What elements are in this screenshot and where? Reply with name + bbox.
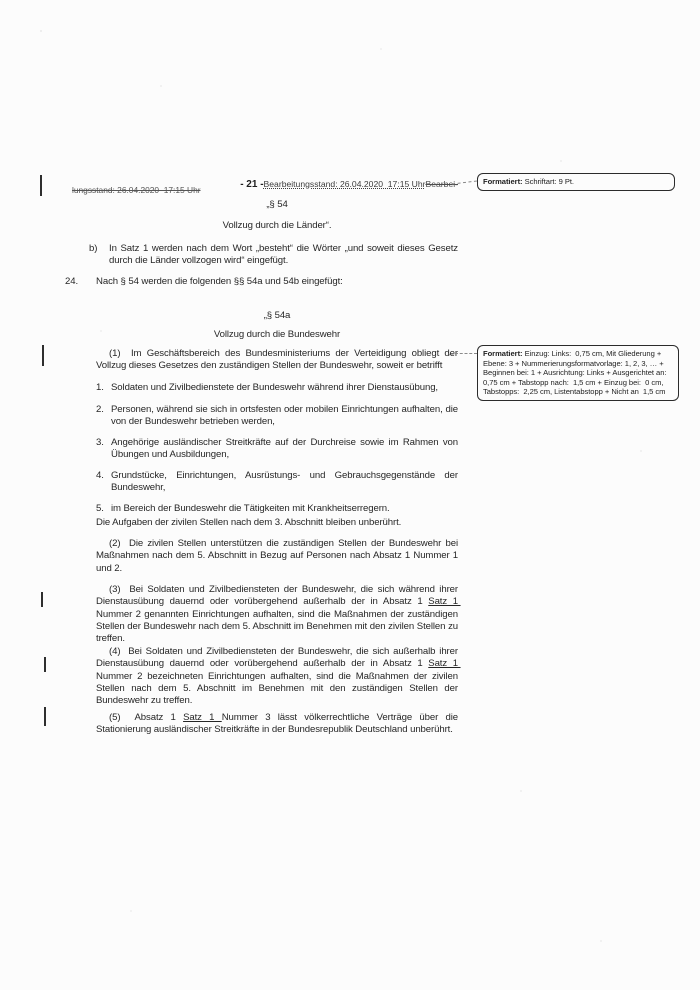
paragraph-5-text: (5) Absatz 1 [109,712,183,723]
inserted-text: Satz 1 [183,712,222,723]
comment-label: Formatiert: [483,177,523,186]
list-item: 4. Grundstücke, Einrichtungen, Ausrüstun… [96,470,458,495]
section-54-subheading: Vollzug durch die Länder“. [96,220,458,232]
paragraph-4-text: Nummer 2 bezeichneten Einrichtungen aufh… [96,671,461,707]
change-bar [41,592,43,607]
list-item-b: b) In Satz 1 werden nach dem Wort „beste… [89,243,458,268]
review-comment-numbering: Formatiert: Einzug: Links: 0,75 cm, Mit … [477,345,679,401]
change-bar [42,345,44,366]
section-54a-subheading: Vollzug durch die Bundeswehr [96,329,458,341]
after-list-sentence: Die Aufgaben der zivilen Stellen nach de… [96,517,458,529]
list-item: 1. Soldaten und Zivilbedienstete der Bun… [96,382,458,394]
comment-label: Formatiert: [483,349,523,358]
paragraph-3-text: Nummer 2 genannten Einrichtungen aufhalt… [96,609,461,645]
list-item: 2. Personen, während sie sich in ortsfes… [96,404,458,429]
header-inserted-status: Bearbeitungsstand: 26.04.2020 17:15 Uhr [264,179,426,189]
list-marker: 1. [96,382,104,394]
paragraph-2: (2) Die zivilen Stellen unterstützen die… [96,538,458,575]
paragraph-3-text: (3) Bei Soldaten und Zivilbediensteten d… [96,584,461,607]
comment-anchor-arrow-icon: ← [446,349,455,358]
paragraph-1: (1) Im Geschäftsbereich des Bundesminist… [96,348,458,373]
list-text: Personen, während sie sich in ortsfesten… [96,404,458,429]
scan-noise [40,30,42,32]
inserted-text: Satz 1 [428,658,460,669]
review-comment-font: Formatiert: Schriftart: 9 Pt. [477,173,675,191]
list-marker: 3. [96,437,104,449]
change-bar [44,657,46,672]
list-item-24-text: Nach § 54 werden die folgenden §§ 54a un… [65,276,458,288]
paragraph-4: (4) Bei Soldaten und Zivilbediensteten d… [96,646,458,707]
list-item: 3. Angehörige ausländischer Streitkräfte… [96,437,458,462]
section-54-heading: „§ 54 [96,199,458,211]
inserted-text: Satz 1 [428,596,460,607]
page-number: - 21 - [240,179,263,190]
list-text: im Bereich der Bundeswehr die Tätigkeite… [96,503,458,515]
list-item-24-marker: 24. [65,276,78,288]
paragraph-5: (5) Absatz 1 Satz 1 Nummer 3 lässt völke… [96,712,458,737]
paragraph-3: (3) Bei Soldaten und Zivilbediensteten d… [96,584,458,645]
comment-connector [455,353,477,354]
list-item-b-marker: b) [89,243,97,255]
list-marker: 2. [96,404,104,416]
list-text: Grundstücke, Einrichtungen, Ausrüstungs-… [96,470,458,495]
comment-text: Schriftart: 9 Pt. [523,177,574,186]
list-text: Angehörige ausländischer Streitkräfte au… [96,437,458,462]
list-text: Soldaten und Zivilbedienstete der Bundes… [96,382,458,394]
change-bar [40,175,42,196]
list-marker: 4. [96,470,104,482]
list-item-b-text: In Satz 1 werden nach dem Wort „besteht“… [89,243,458,268]
document-page: - 21 -Bearbeitungsstand: 26.04.2020 17:1… [0,0,700,990]
section-54a-heading: „§ 54a [96,310,458,322]
header-deleted-wrap: lungsstand: 26.04.2020 17:15 Uhr [72,185,201,195]
change-bar [44,707,46,726]
paragraph-4-text: (4) Bei Soldaten und Zivilbediensteten d… [96,646,461,669]
list-item-24: 24. Nach § 54 werden die folgenden §§ 54… [65,276,458,288]
list-marker: 5. [96,503,104,515]
list-item: 5. im Bereich der Bundeswehr die Tätigke… [96,503,458,515]
